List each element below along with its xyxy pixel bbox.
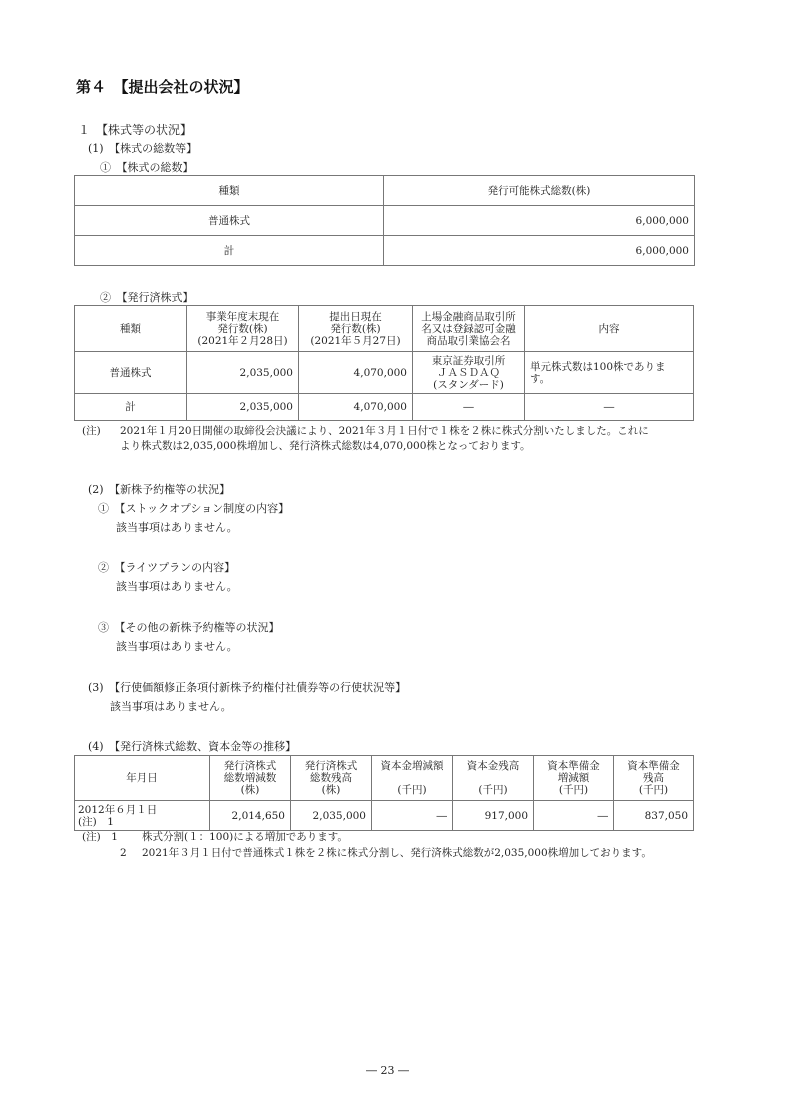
- item-body: 該当事項はありません。: [116, 638, 238, 654]
- reserve-balance-cell: 837,050: [614, 801, 694, 831]
- note-line: 2021年１月20日開催の取締役会決議により、2021年３月１日付で１株を２株に…: [120, 424, 649, 439]
- content-cell: 単元株式数は100株でありま す。: [525, 352, 694, 394]
- item-heading: ③ 【その他の新株予約権等の状況】: [98, 619, 280, 635]
- header-line: 資本金増減額: [374, 760, 450, 772]
- header-cell: 種類: [75, 176, 384, 206]
- subsection-heading: (4) 【発行済株式総数、資本金等の推移】: [88, 738, 296, 754]
- header-line: 残高: [616, 772, 691, 784]
- type-cell: 普通株式: [75, 206, 384, 236]
- header-line: 発行済株式: [293, 760, 369, 772]
- header-line: (千円): [536, 784, 611, 796]
- header-cell: 発行済株式 総数増減数 (株): [210, 756, 291, 801]
- header-line: (千円): [616, 784, 691, 796]
- issued-shares-table: 種類 事業年度末現在 発行数(株) (2021年２月28日) 提出日現在 発行数…: [74, 305, 694, 421]
- table-row: 普通株式 6,000,000: [75, 206, 695, 236]
- subsection-heading: (1) 【株式の総数等】: [88, 140, 197, 156]
- header-line: (千円): [455, 784, 531, 796]
- content-line: す。: [530, 373, 688, 385]
- capital-change-cell: ―: [372, 801, 453, 831]
- subsection-heading: (3) 【行使価額修正条項付新株予約権付社債券等の行使状況等】: [88, 679, 406, 695]
- header-line: (株): [212, 784, 288, 796]
- item-heading: ① 【ストックオプション制度の内容】: [98, 500, 289, 516]
- header-line: 資本金残高: [455, 760, 531, 772]
- item-body: 該当事項はありません。: [116, 578, 238, 594]
- shares-change-cell: 2,014,650: [210, 801, 291, 831]
- share-capital-history-table: 年月日 発行済株式 総数増減数 (株) 発行済株式 総数残高 (株) 資本金増減…: [74, 755, 694, 831]
- table-header-row: 種類 発行可能株式総数(株): [75, 176, 695, 206]
- reserve-change-cell: ―: [534, 801, 614, 831]
- fy-end-cell: 2,035,000: [187, 352, 299, 394]
- subsection-body: 該当事項はありません。: [110, 698, 232, 714]
- note-text: 2021年３月１日付で普通株式１株を２株に株式分割し、発行済株式総数が2,035…: [142, 846, 652, 861]
- type-cell: 普通株式: [75, 352, 187, 394]
- header-line: 発行数(株): [192, 323, 293, 335]
- header-line: 発行済株式: [212, 760, 288, 772]
- header-cell: 発行済株式 総数残高 (株): [291, 756, 372, 801]
- content-line: 単元株式数は100株でありま: [530, 361, 688, 373]
- exchange-line: (スタンダード): [418, 379, 519, 391]
- value-cell: 6,000,000: [384, 206, 695, 236]
- header-line: (2021年２月28日): [192, 335, 293, 347]
- filing-date-cell: 4,070,000: [299, 352, 413, 394]
- date-cell: 2012年６月１日 (注) 1: [75, 801, 210, 831]
- fy-end-cell: 2,035,000: [187, 394, 299, 421]
- header-cell: 発行可能株式総数(株): [384, 176, 695, 206]
- content-cell: ―: [525, 394, 694, 421]
- header-line: (株): [293, 784, 369, 796]
- item-body: 該当事項はありません。: [116, 519, 238, 535]
- exchange-cell: ―: [413, 394, 525, 421]
- header-line: 資本準備金: [536, 760, 611, 772]
- note-line: より株式数は2,035,000株増加し、発行済株式総数は4,070,000株とな…: [120, 439, 531, 454]
- header-line: 上場金融商品取引所: [415, 311, 522, 323]
- header-line: 商品取引業協会名: [415, 335, 522, 347]
- table-row: 計 2,035,000 4,070,000 ― ―: [75, 394, 694, 421]
- type-cell: 計: [75, 236, 384, 266]
- header-cell: 資本金増減額 (千円): [372, 756, 453, 801]
- page-number: ― 23 ―: [366, 1064, 409, 1077]
- header-line: 名又は登録認可金融: [415, 323, 522, 335]
- header-cell: 種類: [75, 306, 187, 352]
- header-line: 増減額: [536, 772, 611, 784]
- table-row: 普通株式 2,035,000 4,070,000 東京証券取引所 ＪＡＳＤＡＱ …: [75, 352, 694, 394]
- header-cell: 内容: [525, 306, 694, 352]
- table-title-issued-shares: ② 【発行済株式】: [100, 289, 194, 305]
- table-header-row: 種類 事業年度末現在 発行数(株) (2021年２月28日) 提出日現在 発行数…: [75, 306, 694, 352]
- table-row: 計 6,000,000: [75, 236, 695, 266]
- header-line: 発行数(株): [304, 323, 407, 335]
- table-row: 2012年６月１日 (注) 1 2,014,650 2,035,000 ― 91…: [75, 801, 694, 831]
- exchange-cell: 東京証券取引所 ＪＡＳＤＡＱ (スタンダード): [413, 352, 525, 394]
- header-line: 総数残高: [293, 772, 369, 784]
- exchange-line: ＪＡＳＤＡＱ: [418, 367, 519, 379]
- header-line: (2021年５月27日): [304, 335, 407, 347]
- note-text: 株式分割(１：100)による増加であります。: [142, 830, 348, 845]
- header-cell: 資本準備金 増減額 (千円): [534, 756, 614, 801]
- header-line: 資本準備金: [616, 760, 691, 772]
- note-label: 2: [120, 846, 127, 861]
- value-cell: 6,000,000: [384, 236, 695, 266]
- item-heading: ② 【ライツプランの内容】: [98, 559, 235, 575]
- table-header-row: 年月日 発行済株式 総数増減数 (株) 発行済株式 総数残高 (株) 資本金増減…: [75, 756, 694, 801]
- exchange-line: 東京証券取引所: [418, 355, 519, 367]
- header-line: [374, 772, 450, 784]
- total-shares-table: 種類 発行可能株式総数(株) 普通株式 6,000,000 計 6,000,00…: [74, 175, 695, 266]
- capital-balance-cell: 917,000: [453, 801, 534, 831]
- shares-balance-cell: 2,035,000: [291, 801, 372, 831]
- section-heading: １ 【株式等の状況】: [78, 121, 192, 138]
- date-line: 2012年６月１日: [78, 804, 206, 816]
- header-line: [455, 772, 531, 784]
- header-line: 総数増減数: [212, 772, 288, 784]
- filing-date-cell: 4,070,000: [299, 394, 413, 421]
- date-note-line: (注) 1: [78, 816, 206, 828]
- header-line: 事業年度末現在: [192, 311, 293, 323]
- header-cell: 資本金残高 (千円): [453, 756, 534, 801]
- page-title: 第４ 【提出会社の状況】: [76, 76, 249, 97]
- header-cell: 上場金融商品取引所 名又は登録認可金融 商品取引業協会名: [413, 306, 525, 352]
- subsection-heading: (2) 【新株予約権等の状況】: [88, 481, 230, 497]
- header-cell: 資本準備金 残高 (千円): [614, 756, 694, 801]
- header-line: (千円): [374, 784, 450, 796]
- note-label: (注) 1: [82, 830, 118, 845]
- type-cell: 計: [75, 394, 187, 421]
- header-cell: 事業年度末現在 発行数(株) (2021年２月28日): [187, 306, 299, 352]
- note-label: (注): [82, 424, 101, 439]
- table-title-total-shares: ① 【株式の総数】: [100, 159, 194, 175]
- header-cell: 年月日: [75, 756, 210, 801]
- header-cell: 提出日現在 発行数(株) (2021年５月27日): [299, 306, 413, 352]
- header-line: 提出日現在: [304, 311, 407, 323]
